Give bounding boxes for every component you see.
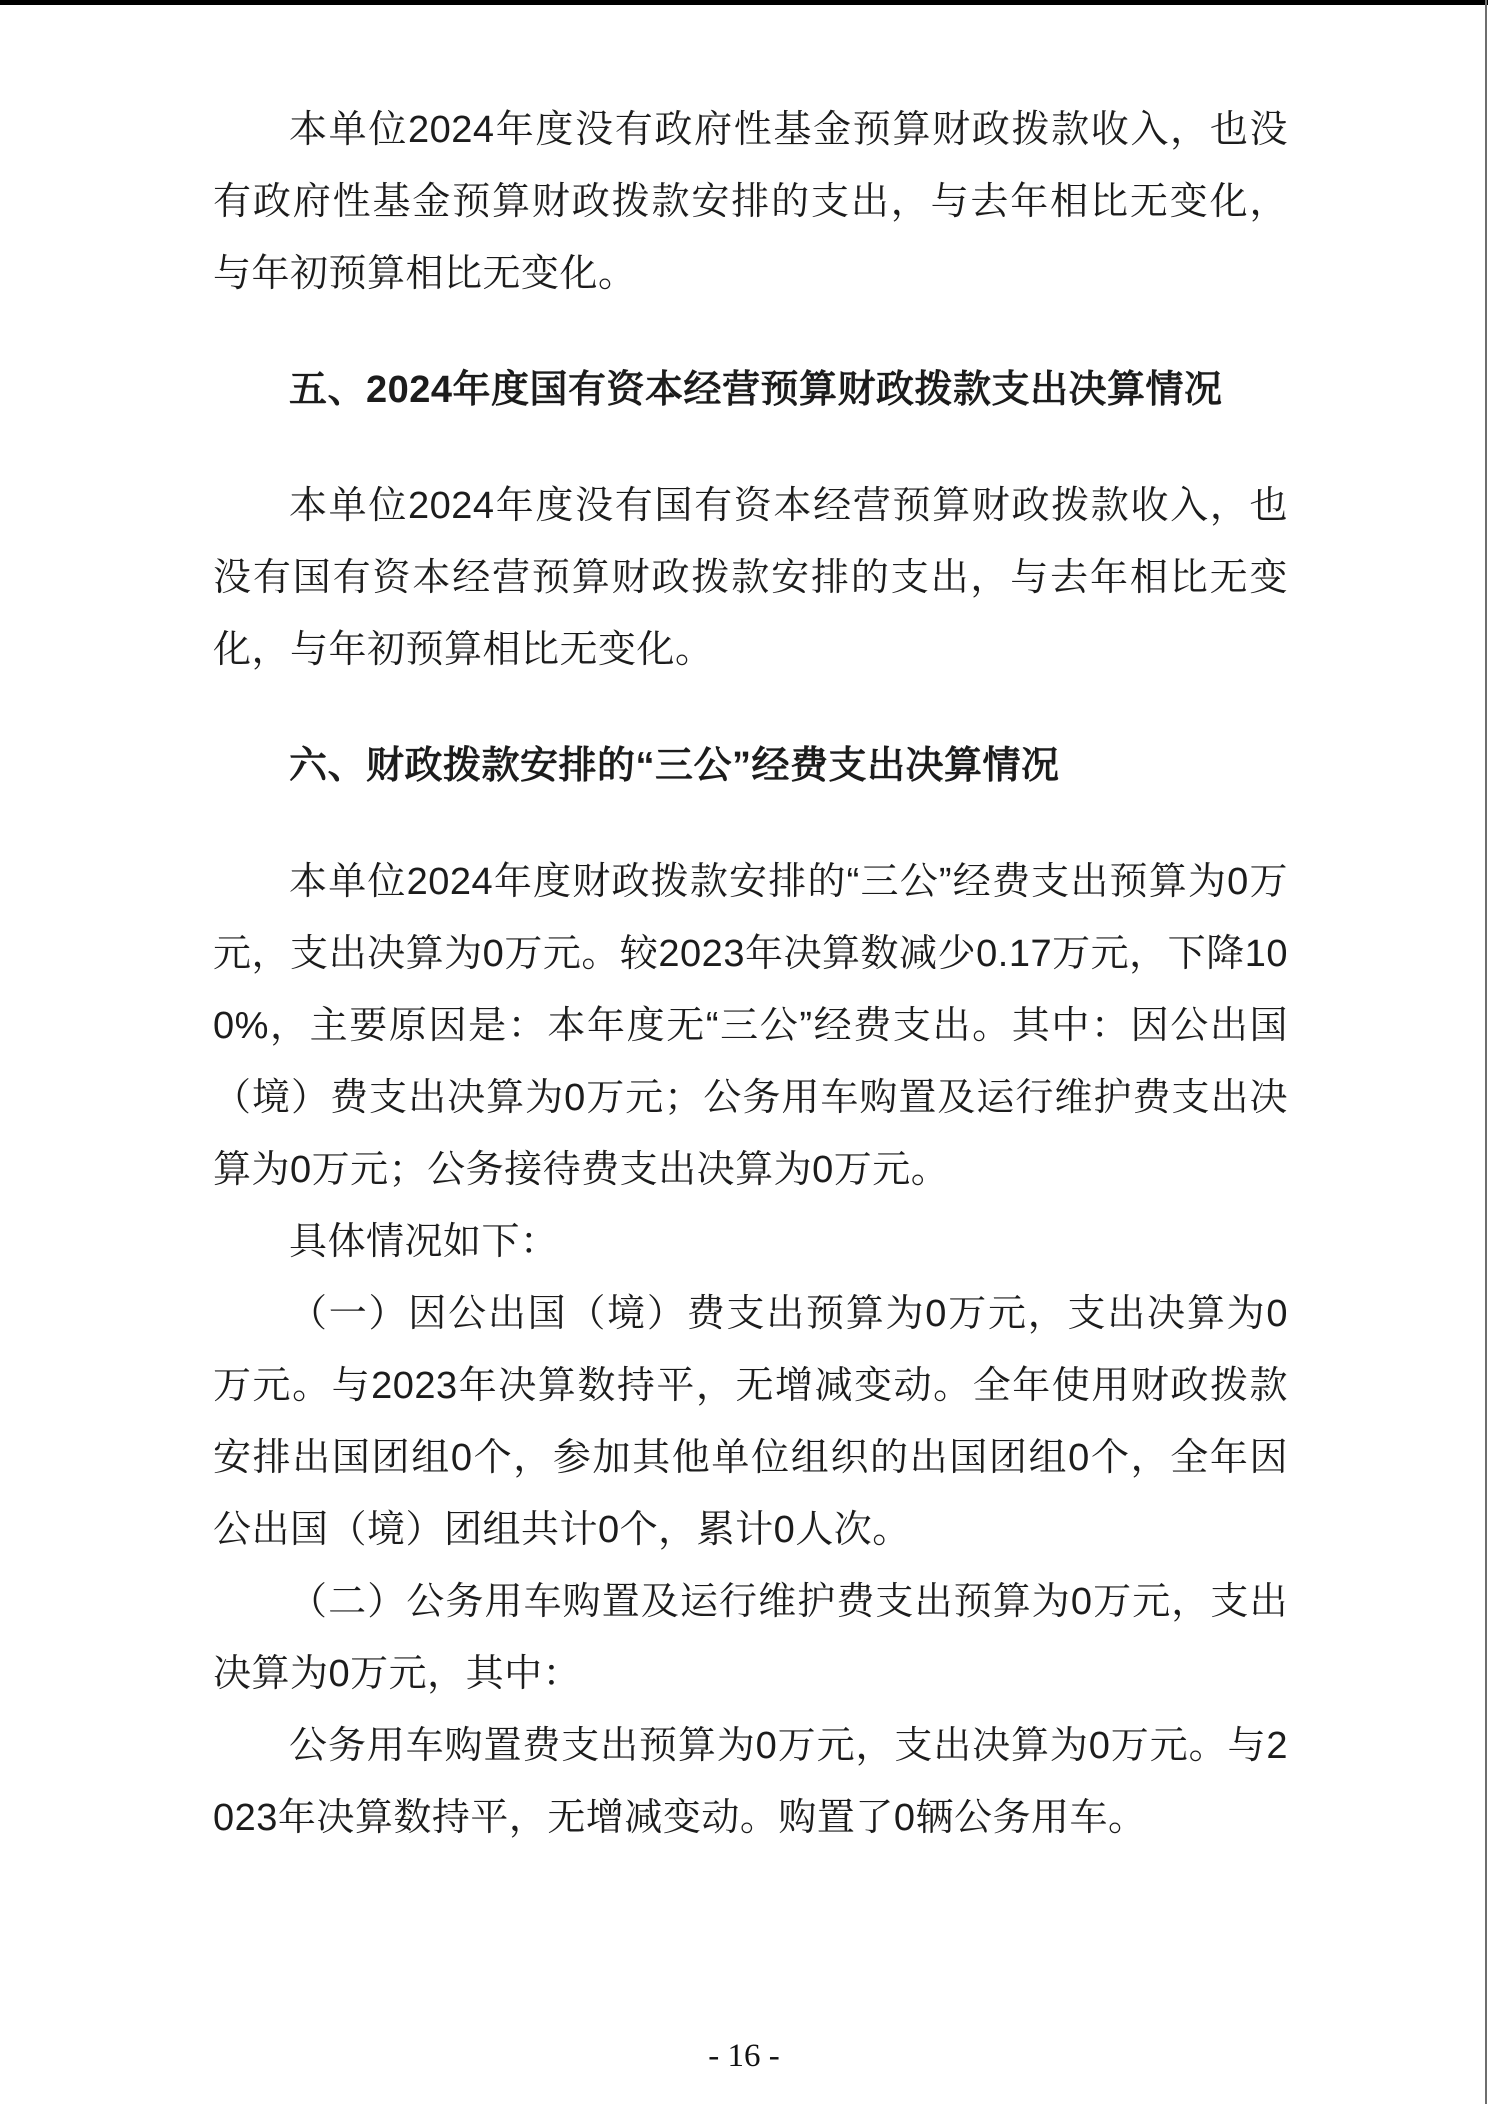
- paragraph-details-intro: 具体情况如下：: [213, 1206, 1288, 1278]
- paragraph-gov-fund-budget: 本单位2024年度没有政府性基金预算财政拨款收入，也没有政府性基金预算财政拨款安…: [213, 94, 1288, 310]
- paragraph-item-2-official-vehicles: （二）公务用车购置及运行维护费支出预算为0万元，支出决算为0万元，其中：: [213, 1566, 1288, 1710]
- document-page: 本单位2024年度没有政府性基金预算财政拨款收入，也没有政府性基金预算财政拨款安…: [0, 0, 1488, 2104]
- page-number: - 16 -: [0, 2036, 1488, 2076]
- document-body: 本单位2024年度没有政府性基金预算财政拨款收入，也没有政府性基金预算财政拨款安…: [213, 94, 1288, 1854]
- paragraph-item-1-overseas-trips: （一）因公出国（境）费支出预算为0万元，支出决算为0万元。与2023年决算数持平…: [213, 1278, 1288, 1566]
- paragraph-state-capital-budget: 本单位2024年度没有国有资本经营预算财政拨款收入，也没有国有资本经营预算财政拨…: [213, 470, 1288, 686]
- section-heading-5: 五、2024年度国有资本经营预算财政拨款支出决算情况: [213, 354, 1288, 426]
- section-heading-6: 六、财政拨款安排的“三公”经费支出决算情况: [213, 730, 1288, 802]
- scan-artifact-right-line: [1485, 0, 1487, 2104]
- paragraph-three-public-expense-summary: 本单位2024年度财政拨款安排的“三公”经费支出预算为0万元，支出决算为0万元。…: [213, 846, 1288, 1206]
- paragraph-vehicle-purchase-detail: 公务用车购置费支出预算为0万元，支出决算为0万元。与2023年决算数持平，无增减…: [213, 1710, 1288, 1854]
- scan-artifact-top-bar: [0, 0, 1488, 5]
